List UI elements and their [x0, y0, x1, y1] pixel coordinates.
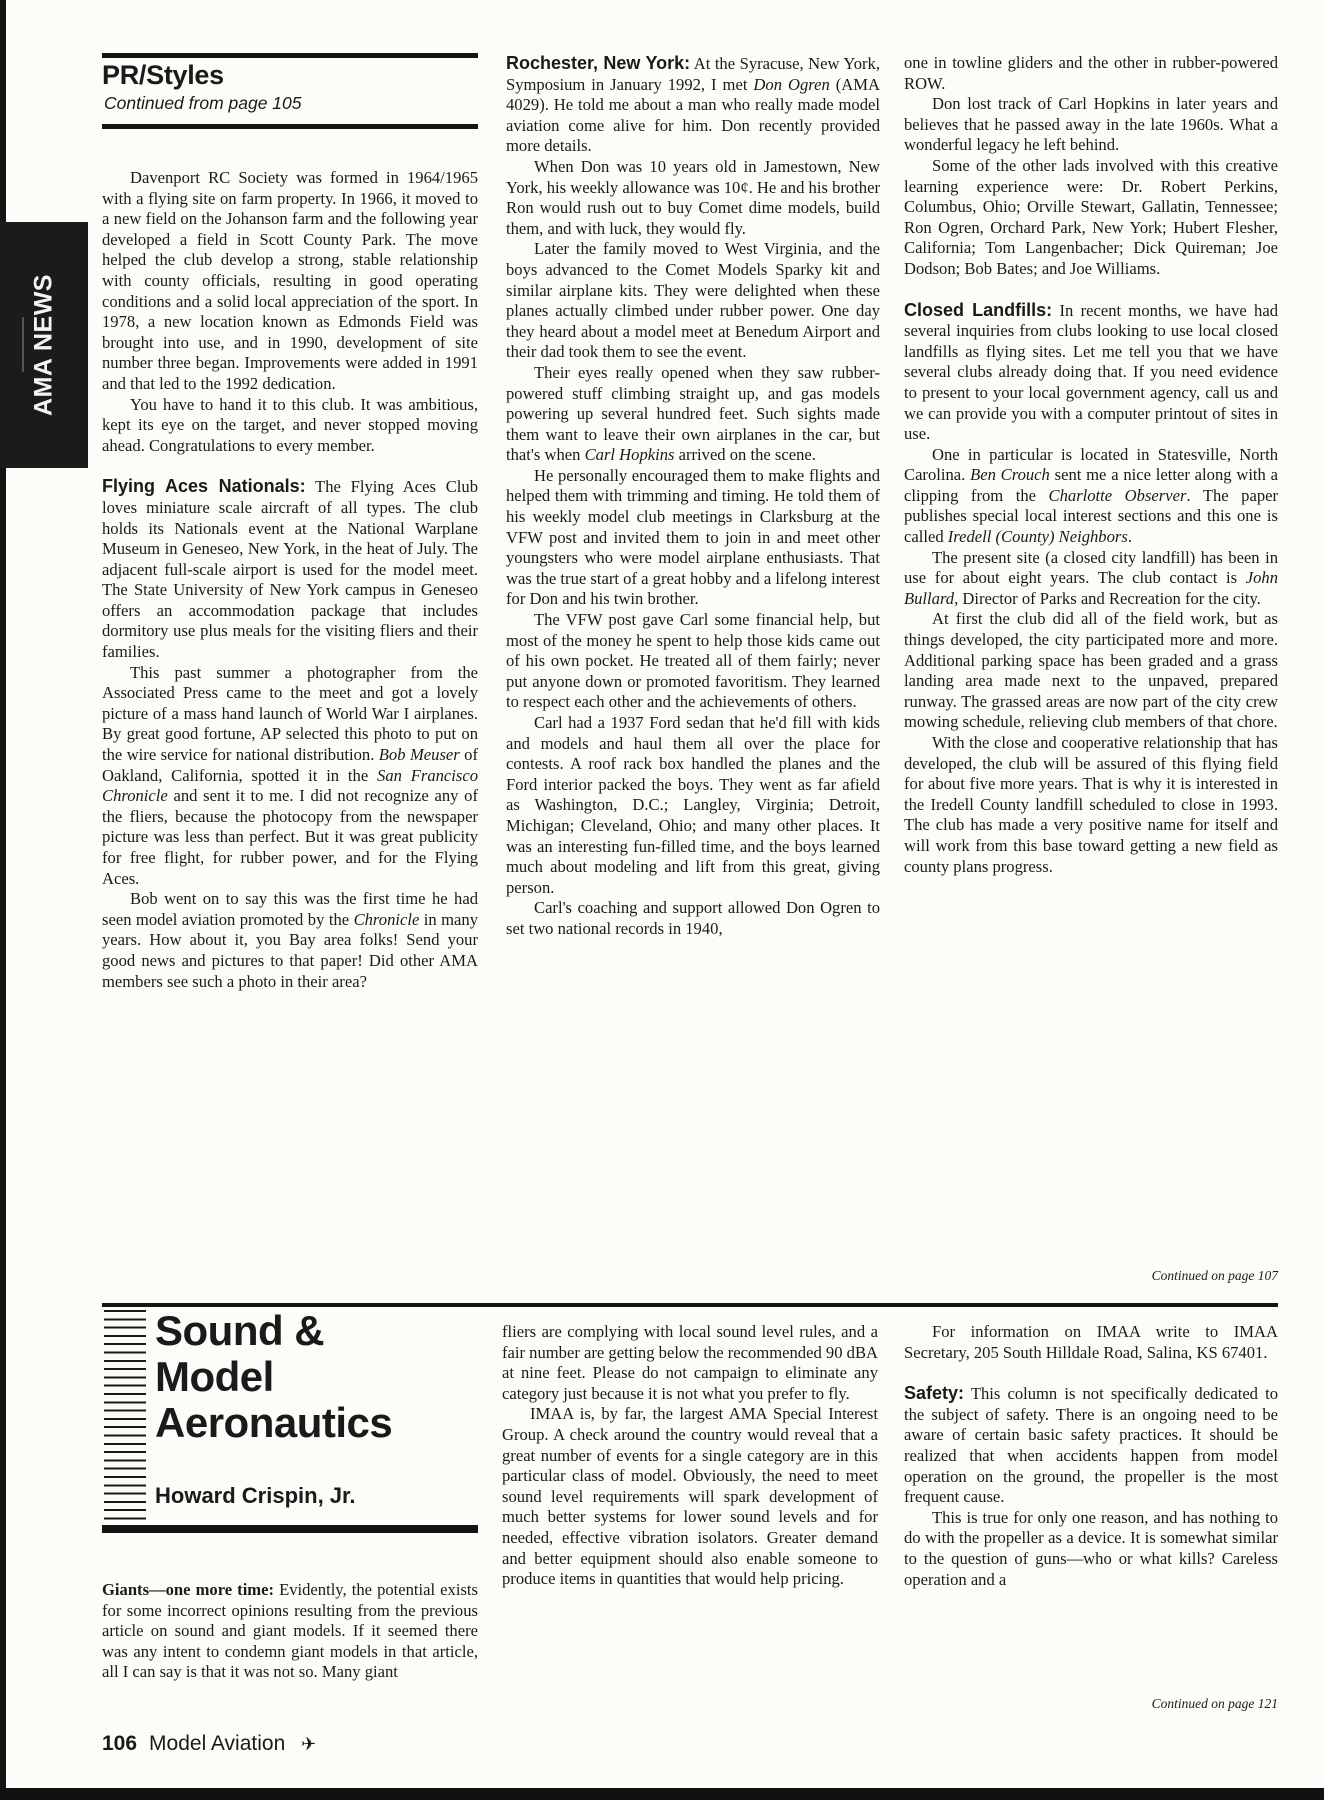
header-rule: [102, 1525, 478, 1533]
magazine-name: Model Aviation: [149, 1732, 285, 1755]
header-rule: [102, 124, 478, 129]
paragraph: Don lost track of Carl Hopkins in later …: [904, 94, 1278, 156]
paragraph: You have to hand it to this club. It was…: [102, 395, 478, 457]
paragraph: Closed Landfills: In recent months, we h…: [904, 300, 1278, 445]
paragraph: Giants—one more time: Evidently, the pot…: [102, 1580, 478, 1683]
paragraph: one in towline gliders and the other in …: [904, 53, 1278, 94]
article-column-3: one in towline gliders and the other in …: [904, 53, 1278, 877]
column-title: PR/Styles: [102, 60, 224, 91]
run-in-heading: Rochester, New York:: [506, 53, 690, 73]
article-column-2: Rochester, New York: At the Syracuse, Ne…: [506, 53, 880, 940]
paragraph: Bob went on to say this was the first ti…: [102, 889, 478, 992]
paragraph: For information on IMAA write to IMAA Se…: [904, 1322, 1278, 1363]
paragraph: Their eyes really opened when they saw r…: [506, 363, 880, 466]
article-column-1: Giants—one more time: Evidently, the pot…: [102, 1580, 478, 1683]
paragraph: Rochester, New York: At the Syracuse, Ne…: [506, 53, 880, 157]
author-byline: Howard Crispin, Jr.: [155, 1483, 356, 1509]
paragraph: This past summer a photographer from the…: [102, 663, 478, 890]
article-column-3: For information on IMAA write to IMAA Se…: [904, 1322, 1278, 1590]
paragraph: Some of the other lads involved with thi…: [904, 156, 1278, 280]
article-column-1: Davenport RC Society was formed in 1964/…: [102, 168, 478, 992]
run-in-heading: Giants—one more time:: [102, 1580, 274, 1599]
paragraph: The present site (a closed city landfill…: [904, 548, 1278, 610]
continued-link[interactable]: Continued on page 107: [1000, 1268, 1278, 1284]
column-title-line-3: Aeronautics: [155, 1400, 392, 1446]
paragraph: Carl had a 1937 Ford sedan that he'd fil…: [506, 713, 880, 898]
paragraph: Davenport RC Society was formed in 1964/…: [102, 168, 478, 395]
section-tab-label: AMA NEWS: [30, 274, 59, 416]
page-number: 106: [102, 1732, 137, 1755]
run-in-heading: Flying Aces Nationals:: [102, 476, 306, 496]
page-footer: 106Model Aviation ✈: [102, 1732, 316, 1756]
paragraph: Carl's coaching and support allowed Don …: [506, 898, 880, 939]
column-subtitle: Continued from page 105: [104, 93, 302, 114]
section-tab: AMA NEWS: [0, 222, 88, 468]
paragraph: fliers are complying with local sound le…: [502, 1322, 878, 1404]
paragraph: Flying Aces Nationals: The Flying Aces C…: [102, 476, 478, 662]
continued-link[interactable]: Continued on page 121: [1000, 1696, 1278, 1712]
paragraph: At first the club did all of the field w…: [904, 609, 1278, 733]
run-in-heading: Safety:: [904, 1383, 964, 1403]
bottom-edge-band: [0, 1788, 1324, 1800]
top-rule: [102, 53, 478, 58]
paragraph: IMAA is, by far, the largest AMA Special…: [502, 1404, 878, 1589]
run-in-heading: Closed Landfills:: [904, 300, 1052, 320]
tab-mark: [22, 317, 24, 372]
airplane-icon: ✈: [301, 1734, 316, 1754]
paragraph: Later the family moved to West Virginia,…: [506, 239, 880, 363]
paragraph: One in particular is located in Statesvi…: [904, 445, 1278, 548]
column-title-line-1: Sound &: [155, 1308, 324, 1354]
decorative-stripes: [104, 1310, 146, 1522]
column-title-line-2: Model: [155, 1354, 274, 1400]
paragraph: With the close and cooperative relations…: [904, 733, 1278, 877]
paragraph: When Don was 10 years old in Jamestown, …: [506, 157, 880, 239]
paragraph: This is true for only one reason, and ha…: [904, 1508, 1278, 1590]
paragraph: The VFW post gave Carl some financial he…: [506, 610, 880, 713]
paragraph: Safety: This column is not specifically …: [904, 1383, 1278, 1508]
article-column-2: fliers are complying with local sound le…: [502, 1322, 878, 1590]
paragraph: He personally encouraged them to make fl…: [506, 466, 880, 610]
